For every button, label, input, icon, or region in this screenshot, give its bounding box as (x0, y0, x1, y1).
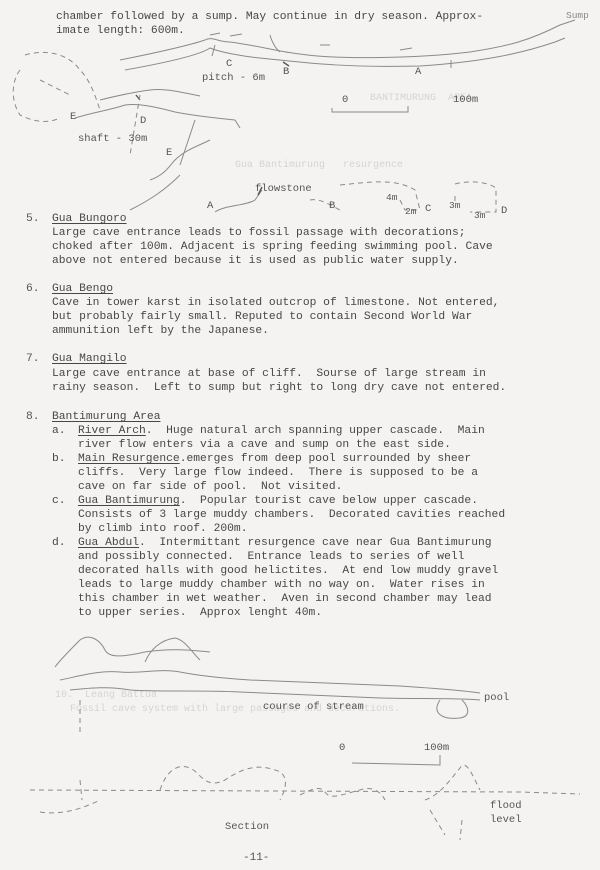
section-label: Section (225, 821, 269, 833)
survey-label-flood: flood (490, 800, 522, 812)
subitem-line: river flow enters via a cave and sump on… (78, 439, 451, 452)
document-page: BANTIMURUNG AREA Gua Bantimurung resurge… (0, 0, 600, 870)
entry-title: Gua Bungoro (52, 213, 127, 226)
subitem-first-line: Gua Bantimurung. Popular tourist cave be… (78, 495, 478, 508)
subitem-line: cliffs. Very large flow indeed. There is… (78, 467, 478, 480)
subitem-line: .emerges from deep pool surrounded by sh… (180, 453, 472, 465)
subitem-line: leads to large muddy chamber with no way… (78, 579, 485, 592)
subitem-line: decorated halls with good helictites. At… (78, 565, 498, 578)
entry-number: 7. (26, 353, 40, 365)
subitem-line: cave on far side of pool. Not visited. (78, 481, 342, 494)
entry-line: above not entered because it is used as … (52, 255, 459, 268)
entry-line: ammunition left by the Japanese. (52, 325, 269, 338)
entry-title: Gua Bengo (52, 283, 113, 296)
entry-number: 6. (26, 283, 40, 295)
entry-line: Large cave entrance at base of cliff. So… (52, 368, 486, 381)
entry-title: Bantimurung Area (52, 411, 160, 424)
survey-label-height: 2m (405, 206, 416, 217)
subitem-line: this chamber in wet weather. Aven in sec… (78, 593, 492, 606)
survey-label-sump: Sump (566, 10, 589, 21)
subitem-line: . Popular tourist cave below upper casca… (180, 495, 478, 507)
bleed-through-text: 10. Leang Battua (55, 690, 157, 701)
subitem-title: Gua Bantimurung (78, 495, 180, 507)
subitem-first-line: Main Resurgence.emerges from deep pool s… (78, 453, 471, 466)
scale-zero: 0 (342, 94, 348, 106)
survey-label-course: course of stream (263, 701, 364, 713)
intro-line: imate length: 600m. (56, 25, 185, 38)
survey-label-flowstone: flowstone (255, 183, 312, 195)
subitem-letter: b. (52, 453, 66, 466)
subitem-first-line: River Arch. Huge natural arch spanning u… (78, 425, 485, 438)
subitem-letter: d. (52, 537, 66, 550)
survey-label-b: B (283, 66, 289, 78)
survey-label-height: 4m (386, 192, 397, 203)
survey-label-d: D (501, 205, 507, 217)
scale-zero: 0 (339, 742, 345, 754)
survey-label-e: E (166, 147, 172, 159)
page-number: -11- (243, 852, 269, 864)
intro-line: chamber followed by a sump. May continue… (56, 11, 483, 24)
scale-end: 100m (453, 94, 478, 106)
subitem-letter: c. (52, 495, 66, 508)
survey-label-pitch: pitch - 6m (202, 72, 265, 84)
survey-label-pool: pool (484, 692, 509, 704)
survey-label-c: C (226, 58, 232, 70)
subitem-title: River Arch (78, 425, 146, 437)
entry-title: Gua Mangilo (52, 353, 127, 366)
survey-label-c: C (425, 203, 431, 215)
subitem-first-line: Gua Abdul. Intermittant resurgence cave … (78, 537, 492, 550)
survey-label-height: 3m (474, 210, 485, 221)
entry-number: 8. (26, 411, 40, 423)
subitem-title: Gua Abdul (78, 537, 139, 549)
survey-label-d: D (140, 115, 146, 127)
entry-line: rainy season. Left to sump but right to … (52, 382, 506, 395)
survey-label-level: level (490, 814, 522, 826)
subitem-line: . Huge natural arch spanning upper casca… (146, 425, 485, 437)
bleed-through-text: Gua Bantimurung resurgence (235, 160, 403, 171)
entry-line: but probably fairly small. Reputed to co… (52, 311, 472, 324)
survey-label-e-left: E (70, 111, 76, 123)
survey-label-b: B (329, 200, 335, 212)
survey-label-shaft: shaft - 30m (78, 133, 147, 145)
survey-label-height: 3m (449, 200, 460, 211)
subitem-line: by climb into roof. 200m. (78, 523, 247, 536)
subitem-letter: a. (52, 425, 66, 438)
entry-line: choked after 100m. Adjacent is spring fe… (52, 241, 493, 254)
entry-line: Cave in tower karst in isolated outcrop … (52, 297, 499, 310)
subitem-title: Main Resurgence (78, 453, 180, 465)
scale-end: 100m (424, 742, 449, 754)
entry-line: Large cave entrance leads to fossil pass… (52, 227, 466, 240)
survey-label-a: A (207, 200, 213, 212)
survey-label-a: A (415, 66, 421, 78)
subitem-line: and possibly connected. Entrance leads t… (78, 551, 464, 564)
subitem-line: to upper series. Approx lenght 40m. (78, 607, 322, 620)
entry-number: 5. (26, 213, 40, 225)
subitem-line: . Intermittant resurgence cave near Gua … (139, 537, 492, 549)
subitem-line: Consists of 3 large muddy chambers. Deco… (78, 509, 505, 522)
